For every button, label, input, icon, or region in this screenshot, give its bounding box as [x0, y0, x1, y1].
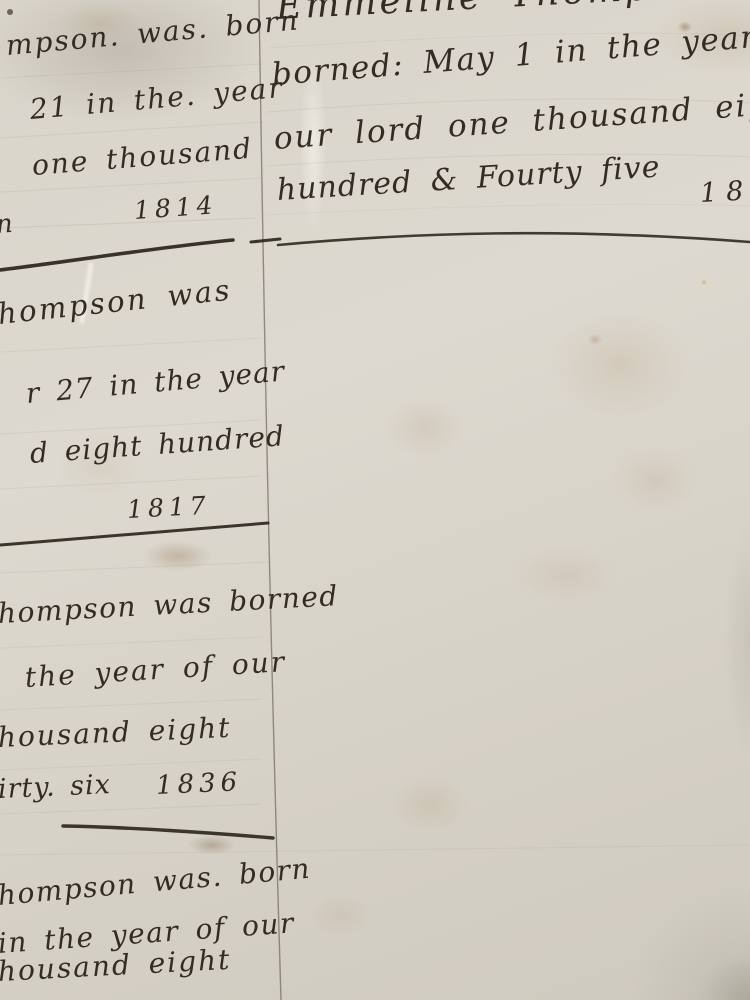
cut-word-fragment: n	[0, 211, 14, 238]
ink-speck	[7, 9, 13, 15]
birth-entry-1-line-3: one thousand	[31, 135, 254, 180]
birth-entry-5-line-3: our lord one thousand eig	[273, 89, 750, 155]
birth-entry-1-line-1: mpson. was. born	[5, 6, 301, 60]
entry-divider-line	[0, 523, 268, 545]
birth-entry-2-year: 1817	[126, 493, 211, 522]
birth-entry-3-line-1: hompson was borned	[0, 582, 339, 628]
document-photo: mpson. was. born 21 in the. year one tho…	[0, 0, 750, 1000]
entry-divider-line	[0, 240, 233, 270]
birth-entry-3-line-2: the year of our	[24, 648, 287, 692]
birth-entry-3-line-3: housand eight	[0, 714, 232, 752]
entry-divider-line	[63, 826, 273, 838]
birth-entry-5-line-1: Emmeline Thompson was	[275, 0, 750, 26]
entry-divider-dash	[251, 239, 280, 242]
birth-entry-5-line-4: hundred & Fourty five	[276, 153, 661, 206]
birth-entry-2-line-3: d eight hundred	[29, 422, 286, 468]
birth-entry-3-line-4: irty. six	[0, 771, 111, 803]
birth-entry-1-line-2: 21 in the. year	[29, 74, 285, 124]
birth-entry-5-year-partial: 18	[699, 177, 750, 207]
birth-entry-2-line-1: hompson was	[0, 276, 233, 329]
entry-divider-line-right	[278, 233, 750, 245]
birth-entry-1-year: 1814	[133, 192, 218, 223]
birth-entry-2-line-2: r 27 in the year	[25, 357, 286, 408]
birth-entry-5-line-2: borned: May 1 in the year of	[271, 18, 750, 91]
birth-entry-4-line-1: hompson was. born	[0, 855, 312, 910]
birth-entry-3-year: 1836	[155, 769, 242, 799]
